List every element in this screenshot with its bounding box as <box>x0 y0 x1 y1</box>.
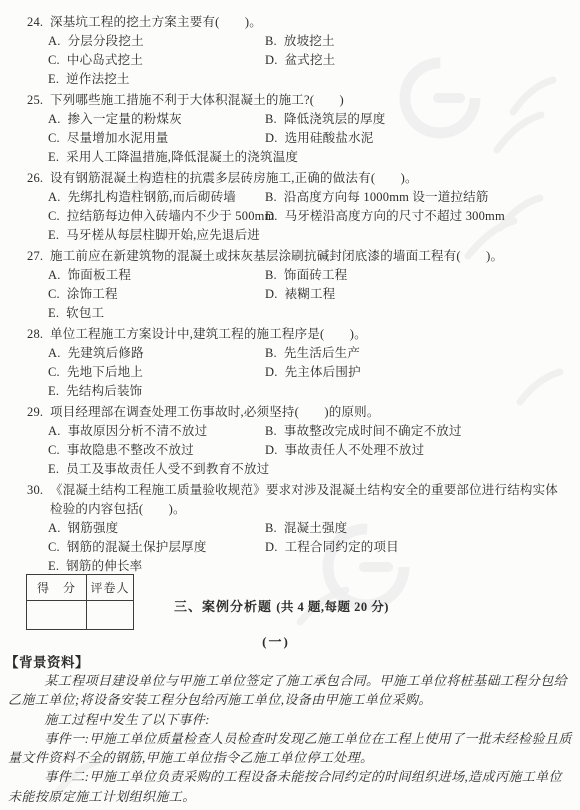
option-text: 钢筋的伸长率 <box>66 559 142 573</box>
option-label: B. <box>265 424 277 438</box>
option-d: D.盆式挖土 <box>265 51 580 70</box>
option-text: 中心岛式挖土 <box>67 53 143 67</box>
option-label: A. <box>48 424 61 438</box>
question-text: 深基坑工程的挖土方案主要有( )。 <box>50 13 580 32</box>
exam-page: 24.深基坑工程的挖土方案主要有( )。A.分层分段挖土B.放坡挖土C.中心岛式… <box>0 0 580 810</box>
question-text: 施工前应在新建筑物的混凝土或抹灰基层涂刷抗碱封闭底漆的墙面工程有( )。 <box>50 247 580 266</box>
question-text: 设有钢筋混凝土构造柱的抗震多层砖房施工,正确的做法有( )。 <box>50 169 580 188</box>
option-a: A.钢筋强度 <box>48 519 265 538</box>
option-e: E.逆作法挖土 <box>48 72 130 86</box>
option-label: D. <box>265 443 278 457</box>
option-a: A.分层分段挖土 <box>48 32 265 51</box>
option-text: 先生活后生产 <box>284 346 360 360</box>
option-b: B.混凝土强度 <box>265 519 580 538</box>
option-row: A.钢筋强度B.混凝土强度 <box>48 519 580 538</box>
option-a: A.先建筑后修路 <box>48 344 265 363</box>
option-text: 饰面板工程 <box>68 268 132 282</box>
option-label: C. <box>48 209 60 223</box>
option-label: E. <box>48 306 59 320</box>
option-c: C.拉结筋每边伸入砖墙内不少于 500mm <box>48 207 265 226</box>
question-stem: 25.下列哪些施工措施不利于大体积混凝土的施工?( ) <box>0 91 580 110</box>
option-label: A. <box>48 190 61 204</box>
option-c: C.事故隐患不整改不放过 <box>48 441 265 460</box>
option-row: C.尽量增加水泥用量D.选用硅酸盐水泥 <box>48 129 580 148</box>
question-item: 29.项目经理部在调查处理工伤事故时,必须坚持( )的原则。A.事故原因分析不清… <box>0 403 580 479</box>
question-number: 29. <box>27 403 50 422</box>
option-label: D. <box>265 287 278 301</box>
option-label: E. <box>48 559 59 573</box>
option-label: B. <box>265 521 277 535</box>
question-number: 30. <box>27 481 50 519</box>
option-text: 放坡挖土 <box>284 34 335 48</box>
option-label: A. <box>48 268 61 282</box>
option-e: E.软包工 <box>48 306 104 320</box>
options-list: A.分层分段挖土B.放坡挖土C.中心岛式挖土D.盆式挖土E.逆作法挖土 <box>48 32 580 89</box>
option-label: E. <box>48 150 59 164</box>
option-text: 选用硅酸盐水泥 <box>285 131 374 145</box>
option-text: 先主体后围护 <box>285 365 361 379</box>
options-list: A.先绑扎构造柱钢筋,而后砌砖墙B.沿高度方向每 1000mm 设一道拉结筋C.… <box>48 188 580 245</box>
question-item: 25.下列哪些施工措施不利于大体积混凝土的施工?( )A.掺入一定量的粉煤灰B.… <box>0 91 580 167</box>
option-label: D. <box>265 53 278 67</box>
option-a: A.事故原因分析不清不放过 <box>48 422 265 441</box>
option-c: C.中心岛式挖土 <box>48 51 265 70</box>
question-stem: 27.施工前应在新建筑物的混凝土或抹灰基层涂刷抗碱封闭底漆的墙面工程有( )。 <box>0 247 580 266</box>
question-stem: 29.项目经理部在调查处理工伤事故时,必须坚持( )的原则。 <box>0 403 580 422</box>
score-table: 得 分 评卷人 <box>26 574 134 630</box>
option-d: D.先主体后围护 <box>265 363 580 382</box>
option-row: C.涂饰工程D.裱糊工程 <box>48 285 580 304</box>
option-row: E.马牙槎从每层柱脚开始,应先退后进 <box>48 226 580 245</box>
question-item: 24.深基坑工程的挖土方案主要有( )。A.分层分段挖土B.放坡挖土C.中心岛式… <box>0 13 580 89</box>
option-row: A.先绑扎构造柱钢筋,而后砌砖墙B.沿高度方向每 1000mm 设一道拉结筋 <box>48 188 580 207</box>
options-list: A.事故原因分析不清不放过B.事故整改完成时间不确定不放过C.事故隐患不整改不放… <box>48 422 580 479</box>
option-label: B. <box>265 112 277 126</box>
option-text: 掺入一定量的粉煤灰 <box>68 112 182 126</box>
option-c: C.钢筋的混凝土保护层厚度 <box>48 538 265 557</box>
option-text: 马牙槎从每层柱脚开始,应先退后进 <box>66 228 260 242</box>
question-stem: 24.深基坑工程的挖土方案主要有( )。 <box>0 13 580 32</box>
case-paragraph: 事件一:甲施工单位质量检查人员检查时发现乙施工单位在工程上使用了一批未经检验且质… <box>8 729 575 768</box>
option-text: 涂饰工程 <box>67 287 118 301</box>
question-text: 单位工程施工方案设计中,建筑工程的施工程序是( )。 <box>50 325 580 344</box>
options-list: A.钢筋强度B.混凝土强度C.钢筋的混凝土保护层厚度D.工程合同约定的项目E.钢… <box>48 519 580 576</box>
case-paragraph: 事件二:甲施工单位负责采购的工程设备未能按合同约定的时间组织进场,造成丙施工单位… <box>8 767 575 806</box>
option-e: E.马牙槎从每层柱脚开始,应先退后进 <box>48 228 260 242</box>
questions-list: 24.深基坑工程的挖土方案主要有( )。A.分层分段挖土B.放坡挖土C.中心岛式… <box>0 13 580 578</box>
option-label: C. <box>48 131 60 145</box>
options-list: A.先建筑后修路B.先生活后生产C.先地下后地上D.先主体后围护E.先结构后装饰 <box>48 344 580 401</box>
option-text: 钢筋的混凝土保护层厚度 <box>67 540 207 554</box>
option-row: C.拉结筋每边伸入砖墙内不少于 500mmD.马牙槎沿高度方向的尺寸不超过 30… <box>48 207 580 226</box>
option-b: B.降低浇筑层的厚度 <box>265 110 580 129</box>
option-label: A. <box>48 346 61 360</box>
option-d: D.裱糊工程 <box>265 285 580 304</box>
option-text: 沿高度方向每 1000mm 设一道拉结筋 <box>284 190 489 204</box>
score-table-header-grader: 评卷人 <box>87 575 133 601</box>
section-title: 三、案例分析题 (共 4 题,每题 20 分) <box>174 596 389 615</box>
option-row: E.软包工 <box>48 304 580 323</box>
option-row: E.先结构后装饰 <box>48 382 580 401</box>
section-note: (共 4 题,每题 20 分) <box>276 600 389 614</box>
option-text: 软包工 <box>66 306 104 320</box>
question-stem: 30.《混凝土结构工程施工质量验收规范》要求对涉及混凝土结构安全的重要部位进行结… <box>0 481 580 519</box>
option-label: E. <box>48 228 59 242</box>
option-a: A.饰面板工程 <box>48 266 265 285</box>
option-row: E.逆作法挖土 <box>48 70 580 89</box>
option-label: E. <box>48 462 59 476</box>
question-number: 27. <box>27 247 50 266</box>
score-table-header-score: 得 分 <box>27 575 87 601</box>
option-text: 分层分段挖土 <box>68 34 144 48</box>
question-text: 下列哪些施工措施不利于大体积混凝土的施工?( ) <box>50 91 580 110</box>
score-table-cell-score <box>27 601 87 629</box>
option-e: E.员工及事故责任人受不到教育不放过 <box>48 462 269 476</box>
question-number: 28. <box>27 325 50 344</box>
option-label: B. <box>265 268 277 282</box>
option-d: D.事故责任人不处理不放过 <box>265 441 580 460</box>
option-text: 先地下后地上 <box>67 365 143 379</box>
option-row: A.先建筑后修路B.先生活后生产 <box>48 344 580 363</box>
question-number: 25. <box>27 91 50 110</box>
option-label: C. <box>48 365 60 379</box>
option-row: C.钢筋的混凝土保护层厚度D.工程合同约定的项目 <box>48 538 580 557</box>
option-label: E. <box>48 384 59 398</box>
option-row: A.掺入一定量的粉煤灰B.降低浇筑层的厚度 <box>48 110 580 129</box>
score-table-cell-grader <box>87 601 133 629</box>
option-text: 饰面砖工程 <box>284 268 348 282</box>
option-text: 员工及事故责任人受不到教育不放过 <box>66 462 269 476</box>
option-label: D. <box>265 209 278 223</box>
option-label: C. <box>48 287 60 301</box>
option-row: C.事故隐患不整改不放过D.事故责任人不处理不放过 <box>48 441 580 460</box>
option-b: B.沿高度方向每 1000mm 设一道拉结筋 <box>265 188 580 207</box>
option-label: B. <box>265 190 277 204</box>
option-label: A. <box>48 112 61 126</box>
option-text: 拉结筋每边伸入砖墙内不少于 500mm <box>67 209 275 223</box>
option-e: E.先结构后装饰 <box>48 384 142 398</box>
option-text: 裱糊工程 <box>285 287 336 301</box>
option-label: C. <box>48 540 60 554</box>
option-label: E. <box>48 72 59 86</box>
option-c: C.尽量增加水泥用量 <box>48 129 265 148</box>
option-c: C.先地下后地上 <box>48 363 265 382</box>
question-item: 28.单位工程施工方案设计中,建筑工程的施工程序是( )。A.先建筑后修路B.先… <box>0 325 580 401</box>
option-b: B.饰面砖工程 <box>265 266 580 285</box>
question-number: 26. <box>27 169 50 188</box>
case-paragraph: 某工程项目建设单位与甲施工单位签定了施工承包合同。甲施工单位将桩基础工程分包给乙… <box>8 671 575 710</box>
option-text: 先绑扎构造柱钢筋,而后砌砖墙 <box>68 190 236 204</box>
option-text: 盆式挖土 <box>285 53 336 67</box>
option-text: 先建筑后修路 <box>68 346 144 360</box>
option-text: 降低浇筑层的厚度 <box>284 112 386 126</box>
question-text: 项目经理部在调查处理工伤事故时,必须坚持( )的原则。 <box>50 403 580 422</box>
option-text: 尽量增加水泥用量 <box>67 131 169 145</box>
case-number: (一) <box>0 631 552 650</box>
option-label: A. <box>48 34 61 48</box>
option-text: 事故责任人不处理不放过 <box>285 443 425 457</box>
option-text: 事故原因分析不清不放过 <box>68 424 208 438</box>
option-label: D. <box>265 131 278 145</box>
score-section: 得 分 评卷人 三、案例分析题 (共 4 题,每题 20 分) <box>26 574 580 630</box>
option-label: C. <box>48 443 60 457</box>
option-row: A.饰面板工程B.饰面砖工程 <box>48 266 580 285</box>
option-b: B.放坡挖土 <box>265 32 580 51</box>
option-row: C.中心岛式挖土D.盆式挖土 <box>48 51 580 70</box>
option-e: E.钢筋的伸长率 <box>48 559 142 573</box>
case-body: 某工程项目建设单位与甲施工单位签定了施工承包合同。甲施工单位将桩基础工程分包给乙… <box>8 671 575 806</box>
question-item: 30.《混凝土结构工程施工质量验收规范》要求对涉及混凝土结构安全的重要部位进行结… <box>0 481 580 576</box>
option-b: B.先生活后生产 <box>265 344 580 363</box>
option-label: B. <box>265 34 277 48</box>
option-text: 采用人工降温措施,降低混凝土的浇筑温度 <box>66 150 298 164</box>
question-stem: 28.单位工程施工方案设计中,建筑工程的施工程序是( )。 <box>0 325 580 344</box>
option-d: D.工程合同约定的项目 <box>265 538 580 557</box>
option-row: C.先地下后地上D.先主体后围护 <box>48 363 580 382</box>
option-text: 事故隐患不整改不放过 <box>67 443 194 457</box>
background-header: 【背景资料】 <box>5 651 89 671</box>
option-label: D. <box>265 540 278 554</box>
option-label: C. <box>48 53 60 67</box>
question-number: 24. <box>27 13 50 32</box>
section-title-text: 三、案例分析题 <box>174 599 272 614</box>
option-label: B. <box>265 346 277 360</box>
option-text: 工程合同约定的项目 <box>285 540 399 554</box>
option-row: E.员工及事故责任人受不到教育不放过 <box>48 460 580 479</box>
option-text: 混凝土强度 <box>284 521 348 535</box>
option-text: 马牙槎沿高度方向的尺寸不超过 300mm <box>285 209 505 223</box>
option-label: D. <box>265 365 278 379</box>
options-list: A.饰面板工程B.饰面砖工程C.涂饰工程D.裱糊工程E.软包工 <box>48 266 580 323</box>
question-text: 《混凝土结构工程施工质量验收规范》要求对涉及混凝土结构安全的重要部位进行结构实体… <box>50 481 580 519</box>
option-row: E.采用人工降温措施,降低混凝土的浇筑温度 <box>48 148 580 167</box>
option-d: D.选用硅酸盐水泥 <box>265 129 580 148</box>
option-text: 先结构后装饰 <box>66 384 142 398</box>
option-d: D.马牙槎沿高度方向的尺寸不超过 300mm <box>265 207 580 226</box>
option-label: A. <box>48 521 61 535</box>
case-paragraph: 施工过程中发生了以下事件: <box>8 710 575 729</box>
options-list: A.掺入一定量的粉煤灰B.降低浇筑层的厚度C.尽量增加水泥用量D.选用硅酸盐水泥… <box>48 110 580 167</box>
option-text: 事故整改完成时间不确定不放过 <box>284 424 462 438</box>
question-stem: 26.设有钢筋混凝土构造柱的抗震多层砖房施工,正确的做法有( )。 <box>0 169 580 188</box>
question-item: 26.设有钢筋混凝土构造柱的抗震多层砖房施工,正确的做法有( )。A.先绑扎构造… <box>0 169 580 245</box>
option-e: E.采用人工降温措施,降低混凝土的浇筑温度 <box>48 150 298 164</box>
option-text: 逆作法挖土 <box>66 72 130 86</box>
option-row: A.分层分段挖土B.放坡挖土 <box>48 32 580 51</box>
option-text: 钢筋强度 <box>68 521 119 535</box>
question-item: 27.施工前应在新建筑物的混凝土或抹灰基层涂刷抗碱封闭底漆的墙面工程有( )。A… <box>0 247 580 323</box>
option-row: A.事故原因分析不清不放过B.事故整改完成时间不确定不放过 <box>48 422 580 441</box>
option-b: B.事故整改完成时间不确定不放过 <box>265 422 580 441</box>
option-c: C.涂饰工程 <box>48 285 265 304</box>
option-a: A.先绑扎构造柱钢筋,而后砌砖墙 <box>48 188 265 207</box>
option-a: A.掺入一定量的粉煤灰 <box>48 110 265 129</box>
